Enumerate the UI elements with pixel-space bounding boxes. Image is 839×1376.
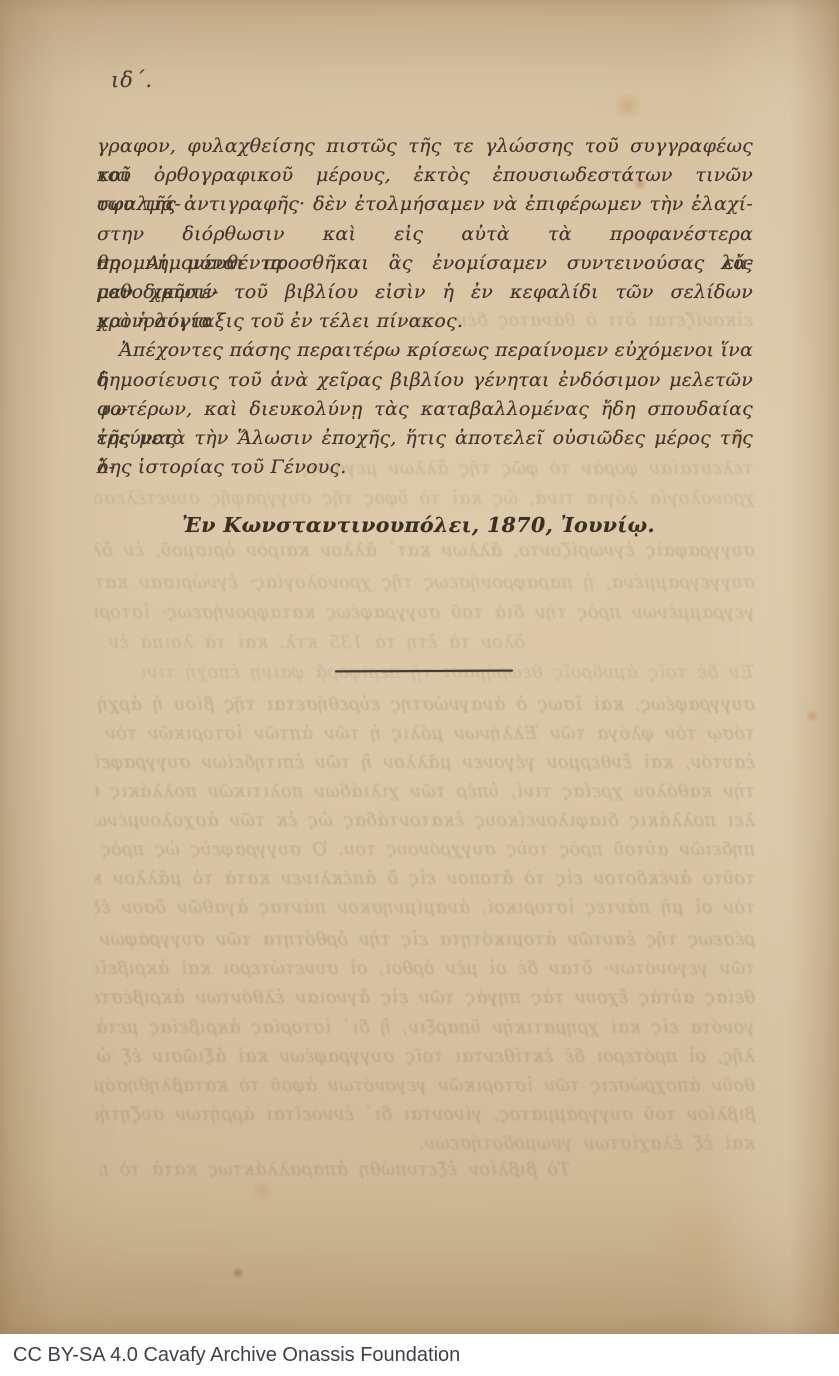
- license-bar: CC BY-SA 4.0 Cavafy Archive Onassis Foun…: [0, 1334, 839, 1376]
- text-line: λης ἱστορίας τοῦ Γένους.: [97, 453, 753, 482]
- body-text: γραφον, φυλαχθείσης πιστῶς τῆς τε γλώσση…: [97, 132, 753, 540]
- bleedthrough-line: καὶ ἐξ ἐλαχίστων γνωμοδοτήσεων.: [330, 1134, 755, 1155]
- paragraph-1: γραφον, φυλαχθείσης πιστῶς τῆς τε γλώσση…: [97, 132, 753, 336]
- bleedthrough-line: συγγεγραμμένα, ᾗ παραφρονήσεως τῆς χρονο…: [95, 573, 755, 594]
- bleedthrough-line: γονότα εἰς καὶ χρηματικὴν ὕπαρξιν, ἢ δι᾽…: [95, 1018, 755, 1039]
- dateline: Ἐν Κωνσταντινουπόλει, 1870, Ἰουνίῳ.: [97, 510, 753, 540]
- bleedthrough-line: θείας αὐτὰς ἔχουν τὰς πηγὰς τῶν εἰς ἄγνο…: [95, 988, 755, 1009]
- text-line: γραφον, φυλαχθείσης πιστῶς τῆς τε γλώσση…: [97, 132, 753, 161]
- book-page-scan: εἰκονίζεται ὅτι ὁ θάνατος δὲν ὠφελεῖ τὸν…: [0, 0, 839, 1334]
- text-line: καὶ ἡ σύνταξις τοῦ ἐν τέλει πίνακος.: [97, 307, 753, 336]
- text-line: ραν χρῆσιν τοῦ βιβλίου εἰσὶν ἡ ἐν κεφαλί…: [97, 278, 753, 307]
- bleedthrough-line: Τὸ βιβλίον ἐξετυπώθη ἀπαραλλάκτως κατὰ τ…: [100, 1160, 570, 1181]
- license-text: CC BY-SA 4.0 Cavafy Archive Onassis Foun…: [13, 1344, 460, 1367]
- bleedthrough-line: τὸν οἱ μὴ πάντες ἱστορικοί, ἀναμίμνησκον…: [95, 898, 755, 919]
- bleedthrough-line: συγγραφέως, καὶ ἴσως ὁ ἀναγνώστης εὑρεθή…: [95, 695, 755, 716]
- bleedthrough-line: τὴν καθόλου χρείας τινί, ὑπὲρ τῶν χιλιάδ…: [95, 782, 755, 803]
- bleedthrough-line: γεγραμμένων πρὸς τὴν διὰ τοῦ συγγραφέως …: [95, 603, 755, 624]
- paragraph-2: Ἀπέχοντες πάσης περαιτέρω κρίσεως περαίν…: [97, 336, 753, 482]
- bleedthrough-line: λει πολλάκις διαφιλονείκους ἑκατοντάδας …: [95, 811, 755, 832]
- text-line: δημοσίευσις τοῦ ἀνὰ χεῖρας βιβλίου γένητ…: [97, 366, 753, 395]
- bleedthrough-line: ἑαυτόν, καὶ ἔνθερμον γέγονεν μᾶλλον ἢ τῶ…: [95, 753, 755, 774]
- text-line: τῆς μετὰ τὴν Ἅλωσιν ἐποχῆς, ἥτις ἀποτελε…: [97, 424, 753, 453]
- text-line: στην διόρθωσιν καὶ εἰς αὐτὰ τὰ προφανέστ…: [97, 220, 753, 249]
- bleedthrough-line: βιβλίον τοῦ συγγράμματος, γίνονται δι᾽ ἐ…: [95, 1105, 755, 1126]
- bleedthrough-line: θοῦν ἀποχρώσεις τῶν ἱστορικῶν γεγονότων …: [95, 1076, 755, 1097]
- bleedthrough-line: λῆς, οἱ πρότεροι δὲ ἐκτίθενται τοῖς συγγ…: [95, 1047, 755, 1068]
- bleedthrough-line: συγγραφαὶς ἐγνωρίζοντο, ἄλλων κατ᾽ ἄλλον…: [95, 541, 755, 562]
- text-line: θη. Αἱ μόναι προσθῆκαι ἃς ἐνομίσαμεν συν…: [97, 249, 753, 278]
- text-line: φωτέρων, καὶ διευκολύνῃ τὰς καταβαλλομέν…: [97, 395, 753, 424]
- text-line: των τῆς ἀντιγραφῆς· δὲν ἐτολμήσαμεν νὰ ἐ…: [97, 190, 753, 219]
- bleedthrough-line: ρέσεως τῆς ἑαυτῶν ἀτομικότητα εἰς τὴν ὀρ…: [95, 930, 755, 951]
- bleedthrough-line: Ἐν δὲ τοῖς ἀμυδροῖς θεωρήμασι τῇ περιφορ…: [95, 663, 755, 684]
- bleedthrough-line: πηδειῶν αὐτοῦ πρὸς τοὺς συγχρόνους του. …: [95, 840, 755, 861]
- bleedthrough-line: τῶν γεγονότων· ὅταν δὲ οἱ μὲν ὀρθοί, οἱ …: [95, 959, 755, 980]
- bleedthrough-line: τοῦτο ἀνέκδοτον εἰς τὸ ἄτοπον εἰς ὃ ἀπέκ…: [95, 869, 755, 890]
- text-line: Ἀπέχοντες πάσης περαιτέρω κρίσεως περαίν…: [97, 336, 753, 365]
- page-number: ιδ´.: [111, 68, 153, 92]
- bleedthrough-line: τόσῳ τὸν φλόγα τῶν Ἑλλήνων μόλις ἡ τῶν ἁ…: [95, 724, 755, 745]
- text-line: τοῦ ὀρθογραφικοῦ μέρους, ἐκτὸς ἐπουσιωδε…: [97, 161, 753, 190]
- bleedthrough-line: ὅλον τὰ ἔτη τὰ 135 κτλ. καὶ τὰ λοιπὰ ἐν …: [95, 633, 525, 654]
